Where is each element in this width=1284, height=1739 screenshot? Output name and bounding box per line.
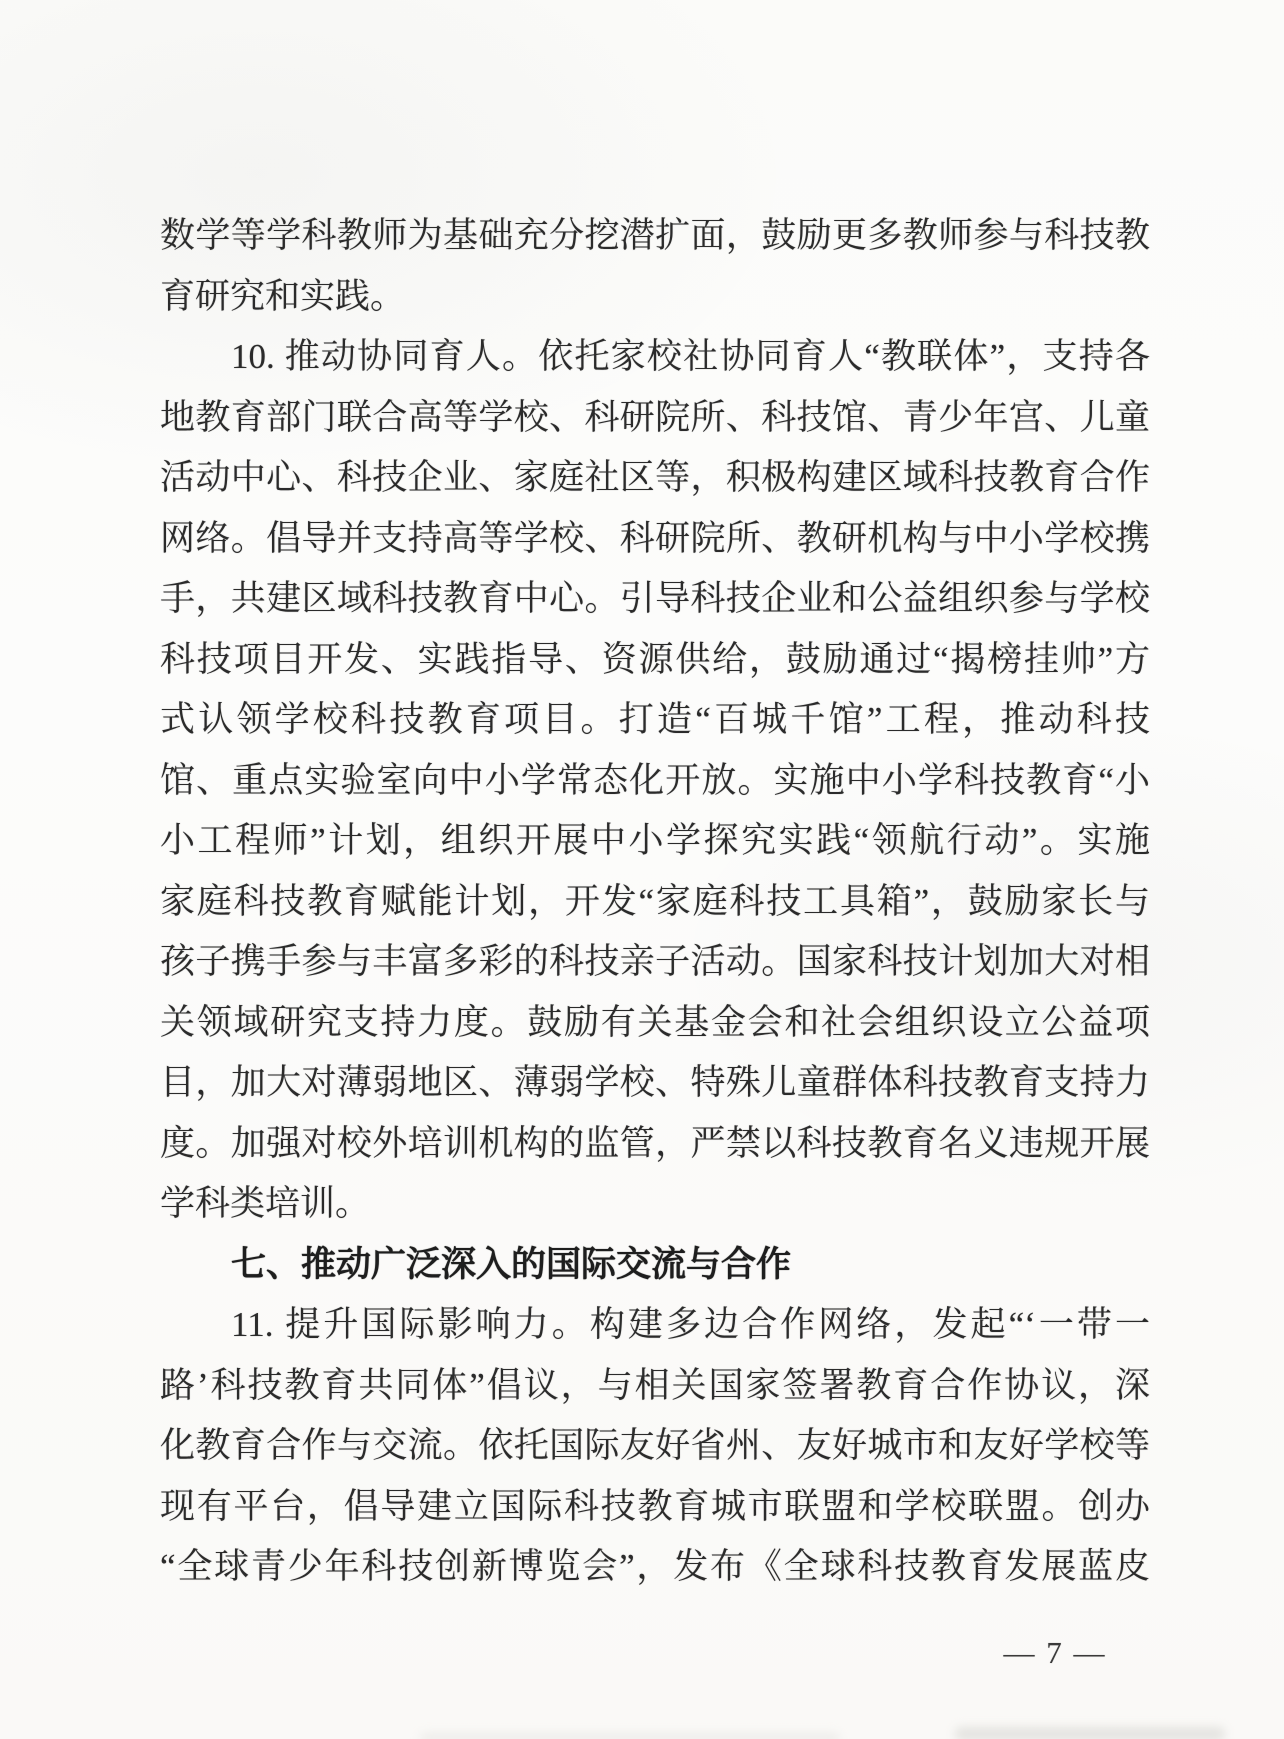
text-line: 关领域研究支持力度。鼓励有关基金会和社会组织设立公益项 [160, 993, 1150, 1054]
scan-artifact [955, 1727, 1225, 1739]
document-page: 数学等学科教师为基础充分挖潜扩面，鼓励更多教师参与科技教 育研究和实践。 10.… [0, 0, 1284, 1739]
text-line: 地教育部门联合高等学校、科研院所、科技馆、青少年宫、儿童 [160, 388, 1150, 449]
text-line: 化教育合作与交流。依托国际友好省州、友好城市和友好学校等 [160, 1416, 1150, 1477]
scan-artifact [420, 1733, 840, 1739]
text-line: 度。加强对校外培训机构的监管，严禁以科技教育名义违规开展 [160, 1114, 1150, 1175]
text-line: 路’科技教育共同体”倡议，与相关国家签署教育合作协议，深 [160, 1356, 1150, 1417]
text-line: 活动中心、科技企业、家庭社区等，积极构建区域科技教育合作 [160, 448, 1150, 509]
text-line: 网络。倡导并支持高等学校、科研院所、教研机构与中小学校携 [160, 509, 1150, 570]
text-line: 手，共建区域科技教育中心。引导科技企业和公益组织参与学校 [160, 569, 1150, 630]
text-line: 孩子携手参与丰富多彩的科技亲子活动。国家科技计划加大对相 [160, 932, 1150, 993]
text-line: 式认领学校科技教育项目。打造“百城千馆”工程，推动科技 [160, 690, 1150, 751]
text-line: 学科类培训。 [160, 1174, 1150, 1235]
page-number: — 7 — [985, 1633, 1125, 1673]
document-body: 数学等学科教师为基础充分挖潜扩面，鼓励更多教师参与科技教 育研究和实践。 10.… [160, 206, 1150, 1598]
text-line: 育研究和实践。 [160, 267, 1150, 328]
text-line: “全球青少年科技创新博览会”，发布《全球科技教育发展蓝皮 [160, 1537, 1150, 1598]
text-line: 科技项目开发、实践指导、资源供给，鼓励通过“揭榜挂帅”方 [160, 630, 1150, 691]
text-line: 目，加大对薄弱地区、薄弱学校、特殊儿童群体科技教育支持力 [160, 1053, 1150, 1114]
text-line: 11. 提升国际影响力。构建多边合作网络，发起“‘一带一 [160, 1295, 1150, 1356]
section-heading: 七、推动广泛深入的国际交流与合作 [160, 1235, 1150, 1296]
text-line: 小工程师”计划，组织开展中小学探究实践“领航行动”。实施 [160, 811, 1150, 872]
text-line: 馆、重点实验室向中小学常态化开放。实施中小学科技教育“小 [160, 751, 1150, 812]
text-line: 10. 推动协同育人。依托家校社协同育人“教联体”，支持各 [160, 327, 1150, 388]
text-line: 家庭科技教育赋能计划，开发“家庭科技工具箱”，鼓励家长与 [160, 872, 1150, 933]
text-line: 数学等学科教师为基础充分挖潜扩面，鼓励更多教师参与科技教 [160, 206, 1150, 267]
text-line: 现有平台，倡导建立国际科技教育城市联盟和学校联盟。创办 [160, 1477, 1150, 1538]
